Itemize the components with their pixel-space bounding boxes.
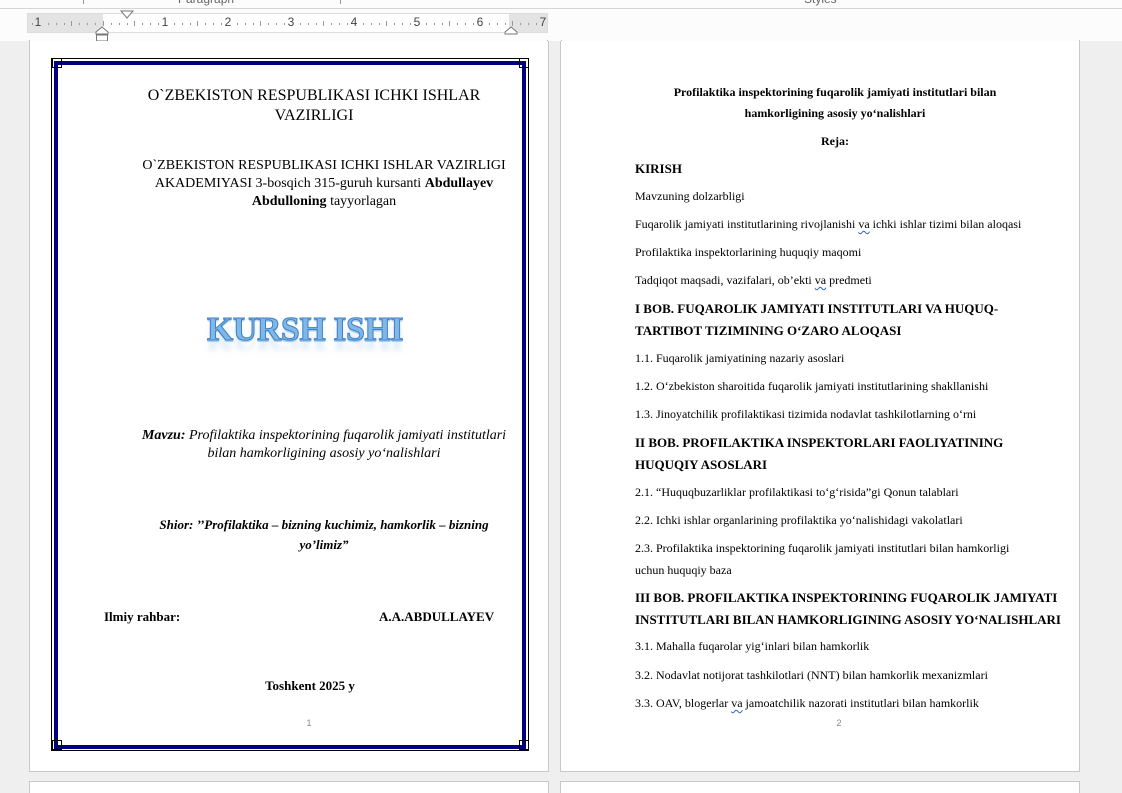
academy-line-1: O`ZBEKISTON RESPUBLIKASI ICHKI ISHLAR VA… [134,157,514,175]
ruler-tick [410,23,411,25]
supervisor-name: A.A.ABDULLAYEV [379,607,494,627]
ruler-tick [379,23,380,25]
first-line-indent-marker[interactable] [120,10,134,22]
ruler-tick [260,21,261,26]
ruler-tick [363,23,364,25]
plan-item-text: ichki ishlar tizimi bilan aloqasi [870,217,1022,231]
ruler-tick [48,23,49,25]
ruler-tick [426,23,427,25]
spelling-error-mark[interactable]: va [731,696,742,710]
plan-item: 3.1. Mahalla fuqarolar yig‘inlari bilan … [635,639,869,654]
plan-item: 2.2. Ichki ishlar organlarining profilak… [635,513,963,528]
page-4[interactable] [560,781,1080,793]
plan-item-text: jamoatchilik nazorati institutlari bilan… [743,696,979,710]
academy-text: tayyorlagan [327,194,397,209]
plan-item-text: 3.3. OAV, blogerlar [635,696,731,710]
plan-item: 3.2. Nodavlat notijorat tashkilotlari (N… [635,668,988,683]
ruler-tick [465,23,466,25]
ruler-tick [442,23,443,25]
ruler-tick [331,23,332,25]
ruler-tick [79,23,80,25]
corner-mark [52,740,62,750]
ruler-tick [268,23,269,25]
ruler-number: 7 [540,15,547,29]
right-indent-marker[interactable] [504,26,518,36]
ruler-tick [386,21,387,26]
ruler-tick [245,23,246,25]
plan-item: Fuqarolik jamiyati institutlarining rivo… [635,217,1021,232]
corner-mark [52,58,62,68]
ruler-tick [142,23,143,25]
plan-item: 2.1. “Huquqbuzarliklar profilaktikasi to… [635,485,959,500]
ministry-line-2: VAZIRLIGI [134,106,494,126]
page-number: 1 [306,718,311,728]
ruler-number: 1 [162,15,169,29]
ruler-tick [339,23,340,25]
ruler-tick [56,23,57,25]
title-wordart[interactable]: KURSH ISHI [190,311,420,349]
plan-heading: II BOB. PROFILAKTIKA INSPEKTORLARI FAOLI… [635,435,1003,451]
ruler-tick [402,23,403,25]
slogan: Shior: ’’Profilaktika – bizning kuchimiz… [134,515,514,555]
page-2[interactable]: Profilaktika inspektorining fuqarolik ja… [560,41,1080,772]
ruler-tick [213,23,214,25]
ruler-tick [323,21,324,26]
ruler-tick [150,23,151,25]
ruler-tick [300,23,301,25]
plan-heading: KIRISH [635,161,682,177]
plan-item: 1.3. Jinoyatchilik profilaktikasi tizimi… [635,407,976,422]
spelling-error-mark[interactable]: va [858,217,869,231]
ribbon-strip: Paragraph Styles [0,0,1122,9]
plan-item: 1.2. O‘zbekiston sharoitida fuqarolik ja… [635,379,988,394]
ruler-tick [253,23,254,25]
ruler-tick [182,23,183,25]
supervisor-label: Ilmiy rahbar: [104,607,180,627]
ruler-number: 6 [477,15,484,29]
plan-item: uchun huquqiy baza [635,563,732,578]
ruler-tick [457,23,458,25]
plan-item-text: predmeti [826,273,872,287]
ministry-line-1: O`ZBEKISTON RESPUBLIKASI ICHKI ISHLAR [134,86,494,106]
ruler-tick [497,23,498,25]
ruler-tick [111,23,112,25]
corner-mark [519,740,529,750]
ruler-number: 4 [351,15,358,29]
plan-heading: I BOB. FUQAROLIK JAMIYATI INSTITUTLARI V… [635,301,998,317]
plan-item-text: Tadqiqot maqsadi, vazifalari, ob’ekti [635,273,815,287]
page-3[interactable] [29,781,549,793]
page-number: 2 [836,718,841,728]
ruler-tick [64,23,65,25]
ruler-tick [134,21,135,26]
ruler-tick [32,23,33,25]
plan-heading: INSTITUTLARI BILAN HAMKORLIGINING ASOSIY… [635,612,1061,628]
spelling-error-mark[interactable]: va [815,273,826,287]
ruler-tick [205,23,206,25]
ruler-tick [371,23,372,25]
ministry-heading: O`ZBEKISTON RESPUBLIKASI ICHKI ISHLAR VA… [134,86,494,126]
academy-block: O`ZBEKISTON RESPUBLIKASI ICHKI ISHLAR VA… [134,157,514,211]
topic-label: Mavzu: [142,428,186,443]
ruler-tick [473,23,474,25]
corner-mark [519,58,529,68]
page-1[interactable]: O`ZBEKISTON RESPUBLIKASI ICHKI ISHLAR VA… [29,41,549,772]
plan-item: 3.3. OAV, blogerlar va jamoatchilik nazo… [635,696,979,711]
ruler-tick [528,23,529,25]
ribbon-group-paragraph: Paragraph [178,0,234,6]
ribbon-group-styles: Styles [804,0,837,6]
ruler-tick [347,23,348,25]
ruler-tick [87,23,88,25]
ruler-number: 2 [225,15,232,29]
ruler-tick [284,23,285,25]
plan-label: Reja: [625,134,1045,149]
ruler-tick [237,23,238,25]
ruler-tick [197,21,198,26]
plan-heading: HUQUQIY ASOSLARI [635,457,767,473]
ruler-tick [505,23,506,25]
academy-text: AKADEMIYASI 3-bosqich 315-guruh kursanti [155,176,425,191]
ruler-tick [536,23,537,25]
plan-title-line-1: Profilaktika inspektorining fuqarolik ja… [625,85,1045,100]
plan-heading: III BOB. PROFILAKTIKA INSPEKTORINING FUQ… [635,590,1057,606]
ruler-tick [308,23,309,25]
ruler-number: 5 [414,15,421,29]
plan-heading: TARTIBOT TIZIMINING O‘ZARO ALOQASI [635,323,901,339]
plan-item-text: Fuqarolik jamiyati institutlarining rivo… [635,217,858,231]
ruler-tick [127,23,128,25]
ruler-tick [449,21,450,26]
ruler-tick [221,23,222,25]
ribbon-group-launcher[interactable] [340,0,341,4]
student-surname: Abdullayev [425,176,493,191]
academy-line-2: AKADEMIYASI 3-bosqich 315-guruh kursanti… [134,175,514,193]
plan-item: 1.1. Fuqarolik jamiyatining nazariy asos… [635,351,844,366]
plan-item: Mavzuning dolzarbligi [635,189,745,204]
topic-line-1: Mavzu: Profilaktika inspektorining fuqar… [134,427,514,445]
city-year: Toshkent 2025 y [210,676,410,696]
ruler-tick [174,23,175,25]
ruler-tick [489,23,490,25]
topic-line-2: bilan hamkorligining asosiy yo‘nalishlar… [134,445,514,463]
topic-text: Profilaktika inspektorining fuqarolik ja… [186,428,507,443]
topic-block: Mavzu: Profilaktika inspektorining fuqar… [134,427,514,463]
plan-title-line-2: hamkorligining asosiy yo‘nalishlari [625,106,1045,121]
ruler-tick [71,21,72,26]
ruler-tick [520,23,521,25]
plan-item: 2.3. Profilaktika inspektorining fuqarol… [635,541,1009,556]
ruler-tick [394,23,395,25]
academy-line-3: Abdulloning tayyorlagan [134,193,514,211]
ruler-tick [158,23,159,25]
student-name: Abdulloning [252,194,327,209]
ruler-number: 3 [288,15,295,29]
plan-item: Profilaktika inspektorlarining huquqiy m… [635,245,861,260]
plan-item: Tadqiqot maqsadi, vazifalari, ob’ekti va… [635,273,872,288]
ruler-tick [434,23,435,25]
ribbon-group-launcher[interactable] [83,0,84,4]
ruler-tick [316,23,317,25]
ruler-number: 1 [35,15,42,29]
ruler-tick [95,23,96,25]
ruler-tick [190,23,191,25]
ruler-tick [276,23,277,25]
hanging-indent-marker[interactable] [95,26,109,42]
ruler-tick [119,23,120,25]
